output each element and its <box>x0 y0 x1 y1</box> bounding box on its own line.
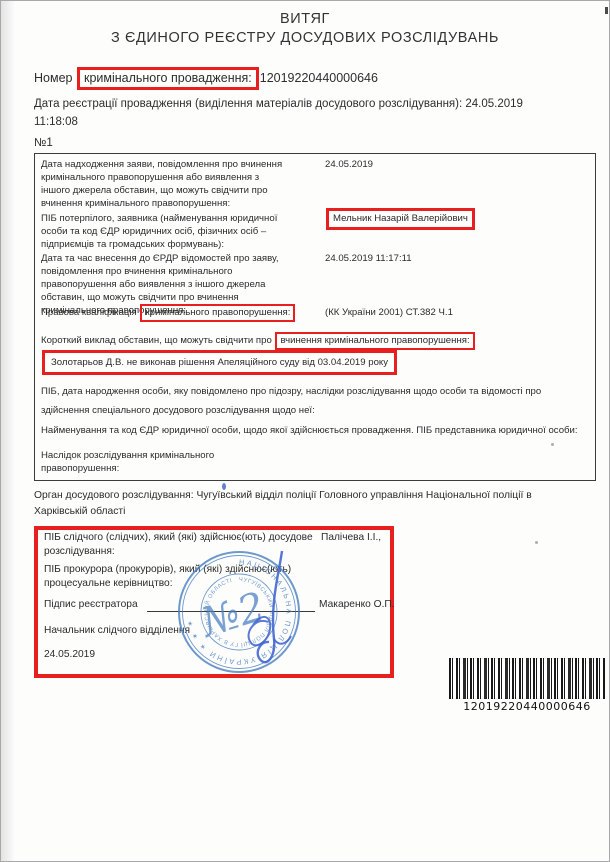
ink-speck <box>222 483 226 490</box>
case-details-table: Дата надходження заяви, повідомлення про… <box>34 153 596 481</box>
table-row: Дата надходження заяви, повідомлення про… <box>41 158 285 210</box>
prosecutor-label-line1: ПІБ прокурора (прокурорів), який (які) з… <box>44 564 291 575</box>
table-row: Правова кваліфікація кримінального право… <box>41 304 296 322</box>
investigator-label-line1: ПІБ слідчого (слідчих), який (які) здійс… <box>44 532 313 543</box>
document-title: ВИТЯГ <box>1 11 609 27</box>
row-value: 24.05.2019 11:17:11 <box>325 252 412 265</box>
barcode-number: 12019220440000646 <box>449 700 605 713</box>
table-row: ПІБ, дата народження особи, яку повідомл… <box>41 382 589 420</box>
signature-section: ПІБ слідчого (слідчих), який (які) здійс… <box>34 526 394 678</box>
row-label-prefix: Правова кваліфікація <box>41 307 137 318</box>
signature-date: 24.05.2019 <box>44 649 95 660</box>
case-number-line: Номер кримінального провадження:12019220… <box>34 67 378 90</box>
document-subtitle: З ЄДИНОГО РЕЄСТРУ ДОСУДОВИХ РОЗСЛІДУВАНЬ <box>1 30 609 46</box>
investigator-name: Палічева І.І., <box>321 532 381 543</box>
record-index: №1 <box>34 137 53 149</box>
chief-investigator-label: Начальник слідчого відділення <box>44 625 190 636</box>
row-value: 24.05.2019 <box>325 158 373 171</box>
registrar-name: Макаренко О.П. <box>319 599 395 610</box>
row-label: ПІБ потерпілого, заявника (найменування … <box>41 212 285 251</box>
row-value-highlighted: Мельник Назарій Валерійович <box>326 208 475 230</box>
investigation-authority: Орган досудового розслідування: Чугуївсь… <box>34 488 586 520</box>
row-text: Наслідок розслідування кримінального пра… <box>41 450 214 474</box>
barcode-block: 12019220440000646 <box>449 658 605 713</box>
registrar-signature-label: Підпис реєстратора <box>44 599 138 610</box>
scan-edge-shading <box>1 1 15 861</box>
prosecutor-label-line2: процесуальне керівництво: <box>44 578 173 589</box>
table-row: Короткий виклад обставин, що можуть свід… <box>41 332 476 350</box>
investigator-label-line2: розслідування: <box>44 546 115 557</box>
registration-date: Дата реєстрації провадження (виділення м… <box>34 95 523 131</box>
row-value: (КК України 2001) СТ.382 Ч.1 <box>325 306 453 319</box>
row-label-highlight: кримінального правопорушення: <box>140 304 295 322</box>
table-row: Золотарьов Д.В. не виконав рішення Апеля… <box>41 350 398 375</box>
table-row: Найменування та код ЄДР юридичної особи,… <box>41 424 589 437</box>
row-text: ПІБ, дата народження особи, яку повідомл… <box>41 386 541 416</box>
document-page: ВИТЯГ З ЄДИНОГО РЕЄСТРУ ДОСУДОВИХ РОЗСЛІ… <box>0 0 610 862</box>
registration-date-line2: 11:18:08 <box>34 113 523 131</box>
row-text-prefix: Короткий виклад обставин, що можуть свід… <box>41 335 272 346</box>
row-text: Найменування та код ЄДР юридичної особи,… <box>41 425 578 436</box>
table-row: ПІБ потерпілого, заявника (найменування … <box>41 212 285 251</box>
case-number-label-prefix: Номер <box>34 71 72 85</box>
registration-date-line1: Дата реєстрації провадження (виділення м… <box>34 95 523 113</box>
table-row: Наслідок розслідування кримінального пра… <box>41 449 281 475</box>
scan-speck <box>535 541 538 544</box>
row-text-highlight: вчинення кримінального правопорушення: <box>275 332 474 350</box>
barcode-image <box>449 658 605 699</box>
case-number-value: 12019220440000646 <box>260 71 378 85</box>
scan-speck <box>551 443 554 446</box>
incident-summary-highlighted: Золотарьов Д.В. не виконав рішення Апеля… <box>42 350 397 375</box>
case-number-label-highlight: кримінального провадження: <box>77 67 259 90</box>
row-label: Дата надходження заяви, повідомлення про… <box>41 158 285 210</box>
signature-line <box>147 611 315 612</box>
